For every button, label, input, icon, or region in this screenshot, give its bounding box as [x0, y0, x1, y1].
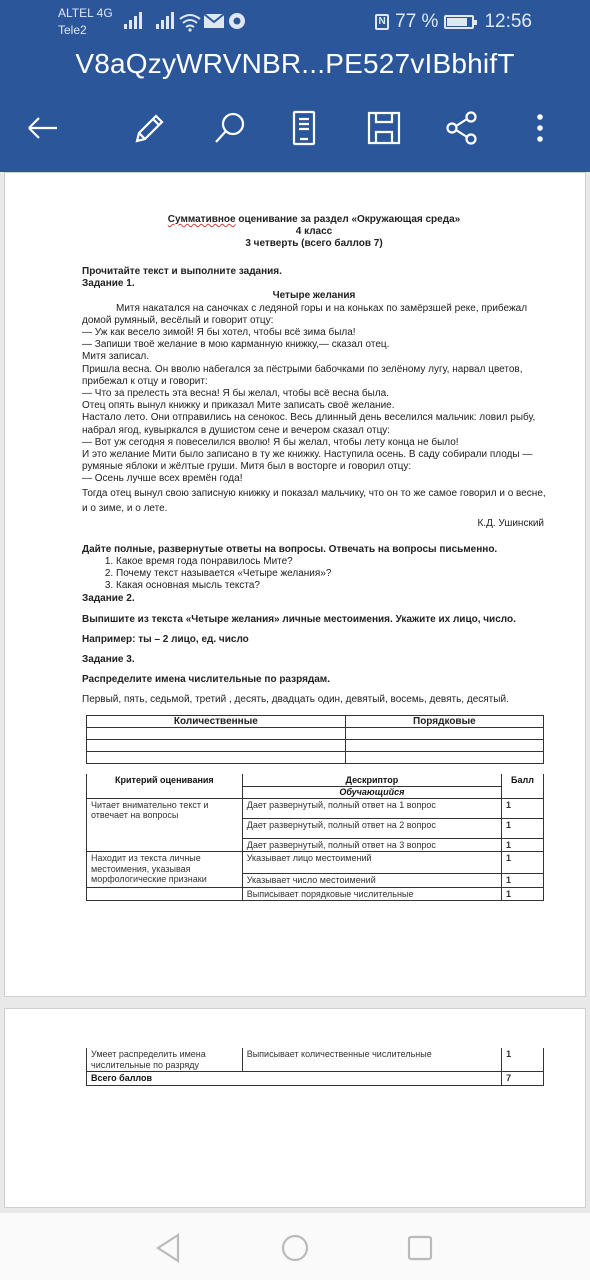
toolbar — [0, 100, 590, 156]
nav-home-button[interactable] — [278, 1231, 312, 1265]
status-bar: ALTEL 4G Tele2 N 77 % 12:56 — [0, 0, 590, 44]
carrier-2: Tele2 — [58, 22, 113, 39]
share-icon — [443, 109, 481, 147]
descriptor-subheader: Обучающийся — [242, 787, 501, 799]
task2-text: Выпишите из текста «Четыре желания» личн… — [82, 613, 546, 626]
app-header: ALTEL 4G Tele2 N 77 % 12:56 V8aQzyWRVNBR… — [0, 0, 590, 172]
question: Какая основная мысль текста? — [116, 580, 546, 592]
search-icon — [211, 109, 249, 147]
numerals-list: Первый, пять, седьмой, третий , десять, … — [82, 694, 546, 706]
carrier-1: ALTEL 4G — [58, 5, 113, 22]
search-button[interactable] — [208, 106, 252, 150]
wifi-icon — [178, 12, 202, 32]
mail-icon — [203, 12, 225, 30]
table-row: Выписывает порядковые числительные 1 — [87, 887, 544, 901]
status-right: N 77 % 12:56 — [375, 11, 532, 33]
table-row: Умеет распределить имена числительные по… — [87, 1048, 544, 1072]
save-icon — [365, 109, 403, 147]
spell-error-word[interactable]: Суммативное — [168, 214, 236, 225]
more-icon — [521, 109, 559, 147]
nav-back-button[interactable] — [152, 1231, 186, 1265]
back-triangle-icon — [152, 1231, 186, 1265]
quarter: 3 четверть (всего баллов 7) — [82, 238, 546, 250]
numeral-table: Количественные Порядковые — [86, 715, 544, 764]
more-button[interactable] — [518, 106, 562, 150]
task3-label: Задание 3. — [82, 654, 546, 666]
nav-recents-button[interactable] — [403, 1231, 437, 1265]
criterion-cell: Находит из текста личные местоимения, ук… — [87, 852, 243, 888]
battery-percent: 77 % — [395, 11, 438, 33]
criteria-table: Критерий оценивания Дескриптор Балл Обуч… — [86, 774, 544, 902]
score-cell: 1 — [502, 874, 544, 888]
task2-label: Задание 2. — [82, 593, 546, 605]
descriptor-cell: Дает развернутый, полный ответ на 2 вопр… — [242, 818, 501, 838]
question: Какое время года понравилось Мите? — [116, 556, 546, 568]
nfc-icon: N — [375, 14, 389, 30]
descriptor-cell: Дает развернутый, полный ответ на 3 вопр… — [242, 838, 501, 852]
edit-button[interactable] — [126, 106, 170, 150]
criterion-cell: Умеет распределить имена числительные по… — [87, 1048, 243, 1072]
table-row: Читает внимательно текст и отвечает на в… — [87, 798, 544, 818]
descriptor-cell: Дает развернутый, полный ответ на 1 вопр… — [242, 798, 501, 818]
questions-list: Какое время года понравилось Мите? Почем… — [82, 556, 546, 593]
story-title: Четыре желания — [82, 290, 546, 302]
signal-icon — [122, 12, 144, 30]
carrier-info: ALTEL 4G Tele2 — [58, 5, 113, 39]
score-cell: 1 — [502, 798, 544, 818]
save-button[interactable] — [362, 106, 406, 150]
system-nav-bar — [0, 1213, 590, 1280]
instruction: Прочитайте текст и выполните задания. — [82, 266, 546, 278]
descriptor-header: Дескриптор — [242, 774, 501, 787]
grade: 4 класс — [82, 226, 546, 238]
home-circle-icon — [278, 1231, 312, 1265]
table-row: Находит из текста личные местоимения, ук… — [87, 852, 544, 874]
clock: 12:56 — [484, 11, 532, 33]
column-header: Порядковые — [345, 715, 543, 727]
criterion-cell — [87, 887, 243, 901]
task2-example: Например: ты – 2 лицо, ед. число — [82, 634, 546, 646]
story-text: Митя накатался на саночках с ледяной гор… — [82, 303, 546, 516]
author: К.Д. Ушинский — [82, 518, 546, 530]
descriptor-cell: Указывает лицо местоимений — [242, 852, 501, 874]
chrome-icon — [228, 12, 246, 30]
table-row — [87, 751, 544, 763]
score-cell: 1 — [502, 852, 544, 874]
score-cell: 1 — [502, 838, 544, 852]
pencil-icon — [129, 109, 167, 147]
descriptor-cell: Выписывает количественные числительные — [242, 1048, 501, 1072]
document-content-page-2: Умеет распределить имена числительные по… — [82, 1048, 546, 1086]
recents-square-icon — [403, 1231, 437, 1265]
mobile-view-icon — [285, 109, 323, 147]
criterion-cell: Читает внимательно текст и отвечает на в… — [87, 798, 243, 852]
total-score: 7 — [502, 1072, 544, 1086]
task3-text: Распределите имена числительные по разря… — [82, 674, 546, 686]
column-header: Количественные — [87, 715, 346, 727]
total-label: Всего баллов — [87, 1072, 502, 1086]
score-cell: 1 — [502, 818, 544, 838]
table-row — [87, 727, 544, 739]
questions-intro: Дайте полные, развернутые ответы на вопр… — [82, 544, 546, 556]
battery-icon — [444, 15, 474, 29]
score-header: Балл — [502, 774, 544, 799]
criteria-table-continued: Умеет распределить имена числительные по… — [86, 1048, 544, 1086]
task1-label: Задание 1. — [82, 278, 546, 290]
back-button[interactable] — [20, 106, 64, 150]
table-row — [87, 739, 544, 751]
mobile-view-button[interactable] — [282, 106, 326, 150]
document-page-2[interactable] — [4, 1008, 586, 1208]
score-cell: 1 — [502, 1048, 544, 1072]
document-title: V8aQzyWRVNBR...PE527vIBbhifT — [0, 48, 590, 80]
total-row: Всего баллов 7 — [87, 1072, 544, 1086]
doc-header: Суммативное оценивание за раздел «Окружа… — [82, 214, 546, 250]
criterion-header: Критерий оценивания — [87, 774, 243, 799]
question: Почему текст называется «Четыре желания»… — [116, 568, 546, 580]
back-arrow-icon — [23, 109, 61, 147]
signal-icon — [154, 12, 176, 30]
share-button[interactable] — [440, 106, 484, 150]
descriptor-cell: Выписывает порядковые числительные — [242, 887, 501, 901]
descriptor-cell: Указывает число местоимений — [242, 874, 501, 888]
document-content: Суммативное оценивание за раздел «Окружа… — [82, 214, 546, 901]
score-cell: 1 — [502, 887, 544, 901]
